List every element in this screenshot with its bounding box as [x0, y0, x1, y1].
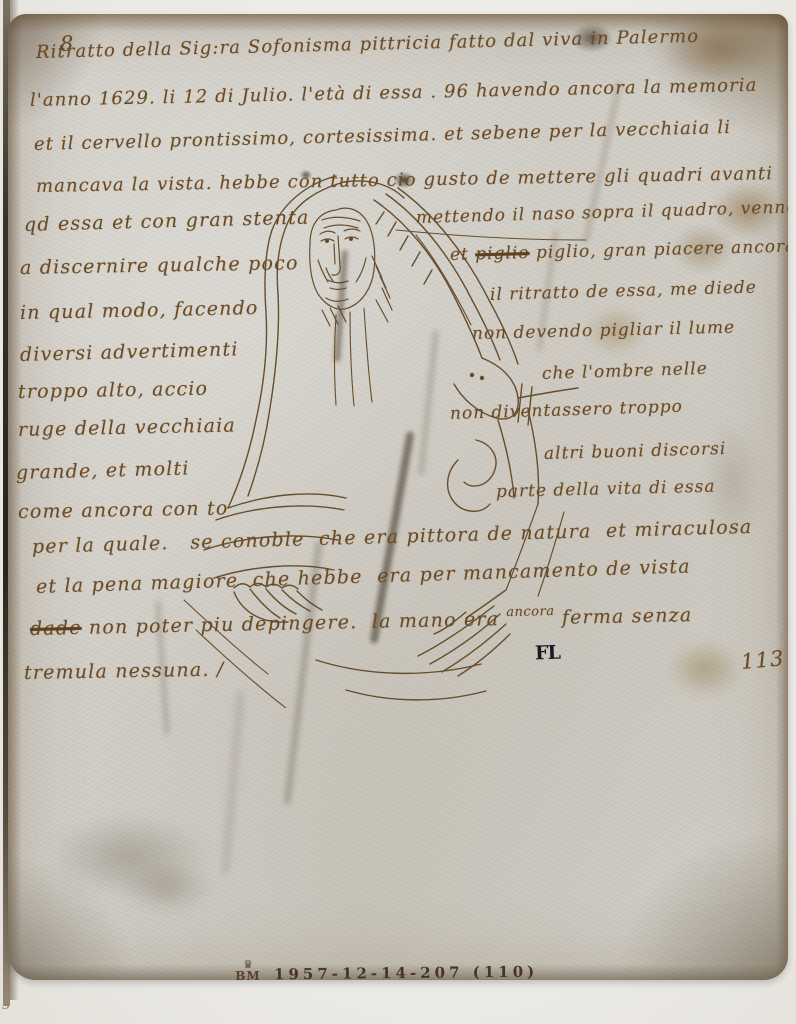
manuscript-line: che l'ombre nelle [542, 359, 708, 384]
museum-stamp: ♛ BM [235, 959, 261, 980]
accession-number: 1957-12-14-207 (110) [274, 963, 538, 980]
inserted-word: ancora [506, 604, 555, 620]
struck-word: piglio [475, 243, 530, 264]
manuscript-line: Ritratto della Sig:ra Sofonisma pittrici… [36, 26, 700, 63]
manuscript-line: l'anno 1629. li 12 di Julio. l'età di es… [30, 75, 758, 111]
manuscript-line: et il cervello prontissimo, cortesissima… [34, 117, 732, 155]
page-corner-shadow [618, 830, 788, 980]
face [310, 208, 392, 326]
margin-mark: 3 [2, 998, 10, 1013]
line-fragment: ferma senza [554, 604, 692, 629]
manuscript-line: ruge della vecchiaia [18, 414, 236, 441]
smudge [46, 814, 211, 899]
page-corner-shadow [8, 14, 103, 129]
struck-word: dade [30, 617, 82, 640]
line-fragment: et [450, 244, 476, 265]
manuscript-line: parte della vita di essa [496, 477, 716, 502]
page-edge-left [8, 14, 22, 980]
page-corner-shadow [8, 855, 138, 980]
ink-stain [668, 640, 742, 698]
smudge [120, 862, 215, 914]
manuscript-line: troppo alto, accio [18, 378, 209, 403]
manuscript-page: Ritratto della Sig:ra Sofonisma pittrici… [8, 14, 788, 980]
page-edge-right [776, 14, 788, 980]
manuscript-line: tremula nessuna. / [24, 659, 225, 684]
manuscript-photo: Ritratto della Sig:ra Sofonisma pittrici… [0, 0, 796, 1024]
stain-streak [222, 690, 244, 875]
folio-number-mark: 8 [60, 31, 75, 55]
manuscript-line: grande, et molti [16, 457, 190, 484]
page-number: 113 [740, 646, 786, 674]
ink-stain [660, 14, 775, 84]
manuscript-line: come ancora con to [18, 497, 229, 523]
museum-monogram: BM [235, 970, 261, 980]
collector-mark: FL [535, 642, 561, 665]
manuscript-line: altri buoni discorsi [544, 439, 727, 464]
